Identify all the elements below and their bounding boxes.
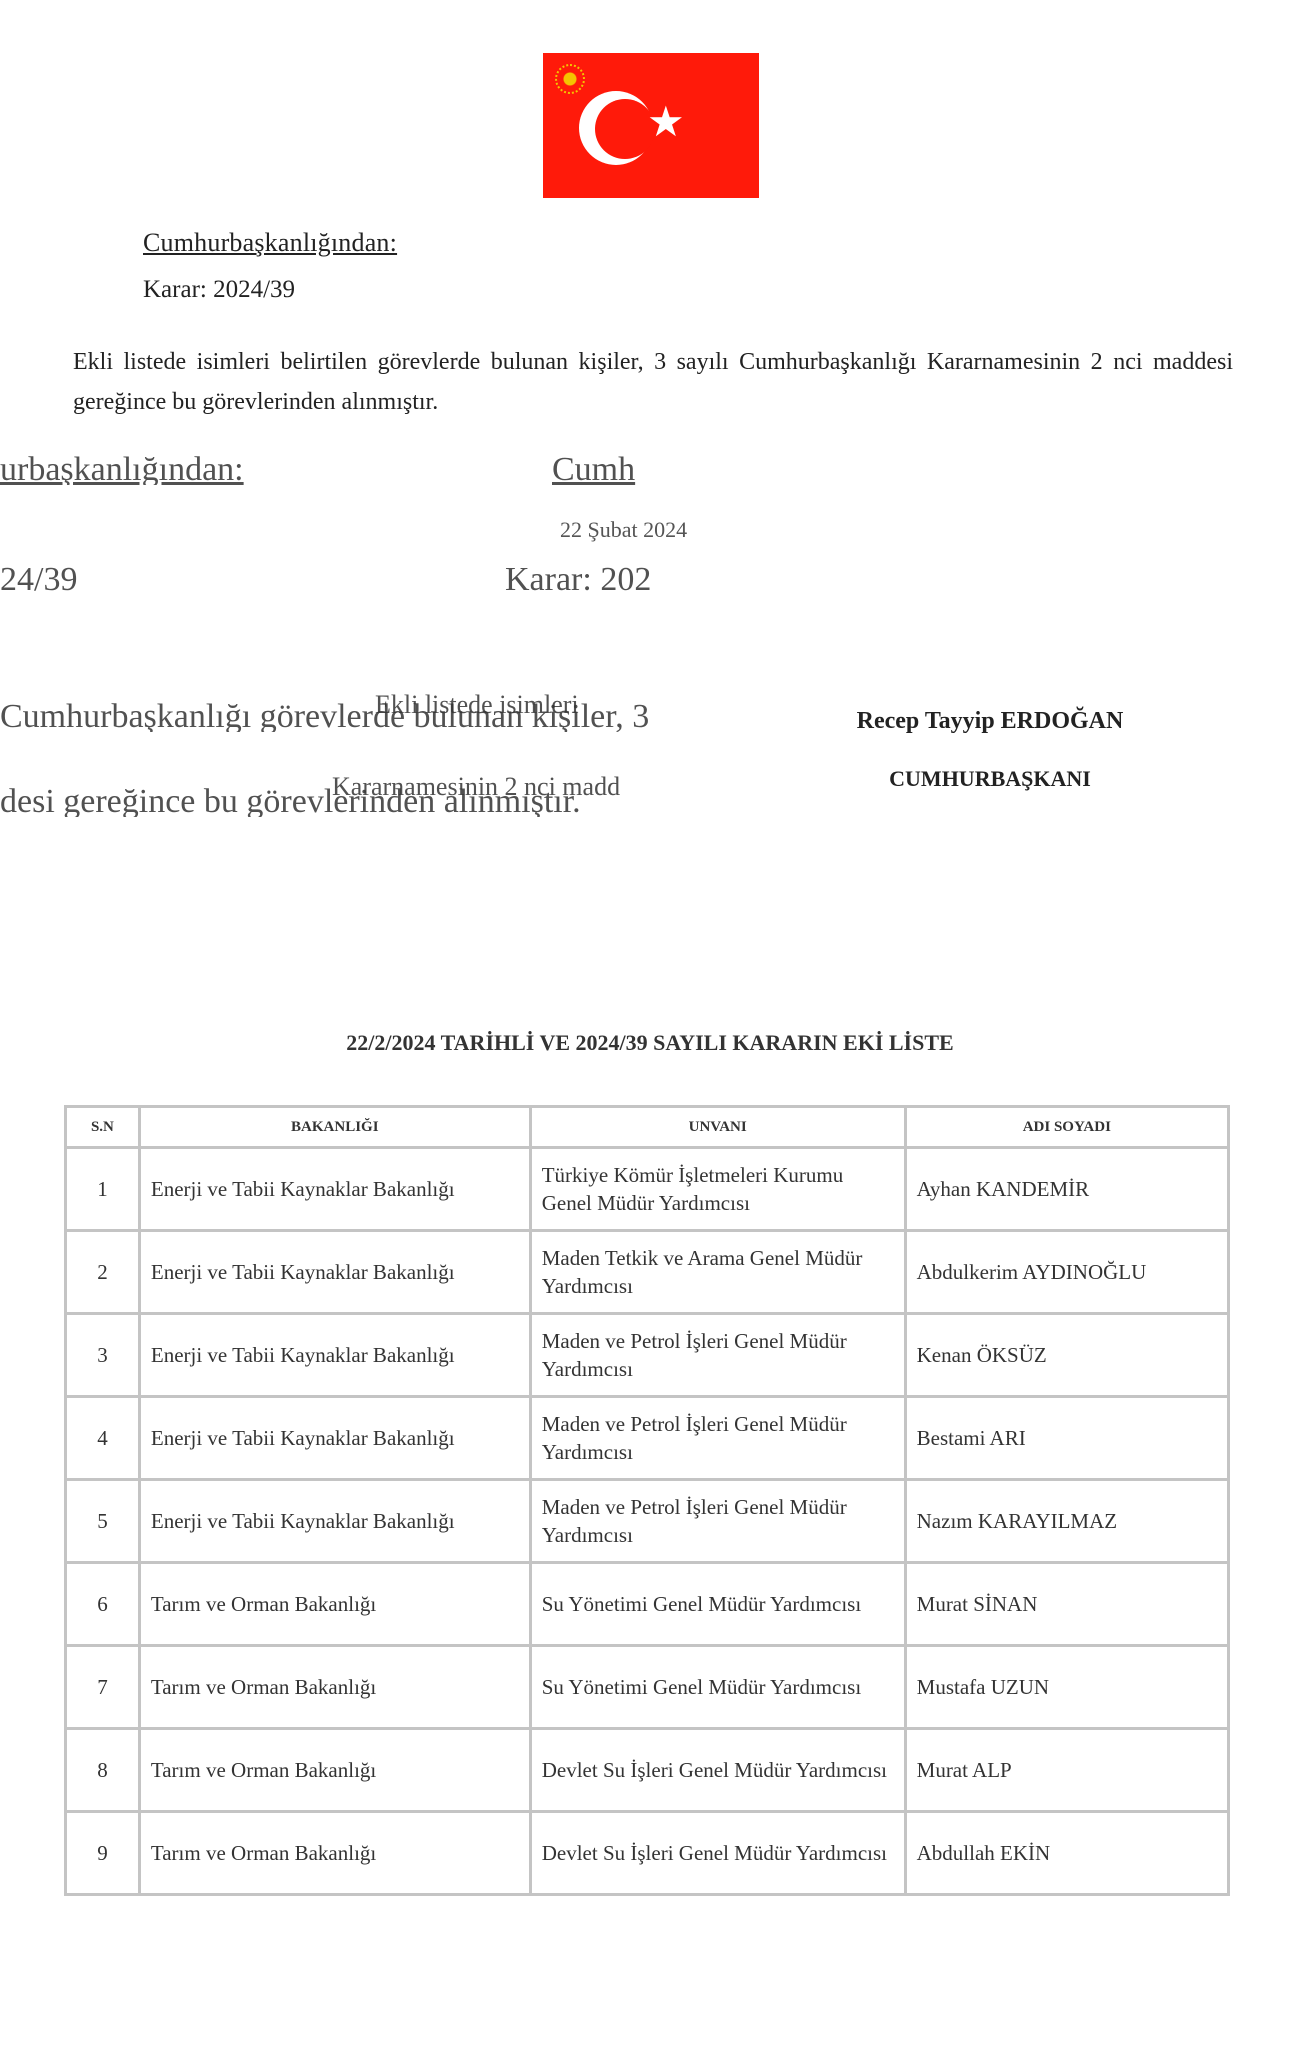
table-row: 7Tarım ve Orman BakanlığıSu Yönetimi Gen…	[66, 1646, 1229, 1729]
issuer-heading: Cumhurbaşkanlığından:	[143, 228, 397, 258]
turkish-presidential-flag-icon: ★	[543, 53, 759, 198]
cell-title: Su Yönetimi Genel Müdür Yardımcısı	[530, 1646, 905, 1729]
cell-ministry: Tarım ve Orman Bakanlığı	[139, 1646, 530, 1729]
cell-title: Maden ve Petrol İşleri Genel Müdür Yardı…	[530, 1314, 905, 1397]
cell-name: Ayhan KANDEMİR	[905, 1148, 1228, 1231]
signatory-title: CUMHURBAŞKANI	[780, 766, 1200, 792]
cell-ministry: Enerji ve Tabii Kaynaklar Bakanlığı	[139, 1314, 530, 1397]
cell-sn: 3	[66, 1314, 140, 1397]
cell-title: Türkiye Kömür İşletmeleri Kurumu Genel M…	[530, 1148, 905, 1231]
cell-ministry: Enerji ve Tabii Kaynaklar Bakanlığı	[139, 1231, 530, 1314]
table-row: 4Enerji ve Tabii Kaynaklar BakanlığıMade…	[66, 1397, 1229, 1480]
cell-sn: 4	[66, 1397, 140, 1480]
table-row: 8Tarım ve Orman BakanlığıDevlet Su İşler…	[66, 1729, 1229, 1812]
cell-name: Abdulkerim AYDINOĞLU	[905, 1231, 1228, 1314]
overlay-paragraph-line2-right: Kararnamesinin 2 nci madd	[332, 772, 655, 802]
cell-sn: 8	[66, 1729, 140, 1812]
overlay-number-left: 24/39	[0, 565, 80, 595]
cell-title: Devlet Su İşleri Genel Müdür Yardımcısı	[530, 1812, 905, 1895]
cell-name: Murat SİNAN	[905, 1563, 1228, 1646]
presidential-sun-icon	[555, 64, 585, 94]
cell-ministry: Enerji ve Tabii Kaynaklar Bakanlığı	[139, 1397, 530, 1480]
cell-name: Mustafa UZUN	[905, 1646, 1228, 1729]
cell-sn: 1	[66, 1148, 140, 1231]
column-header-sn: S.N	[66, 1107, 140, 1148]
cell-ministry: Enerji ve Tabii Kaynaklar Bakanlığı	[139, 1148, 530, 1231]
cell-title: Maden Tetkik ve Arama Genel Müdür Yardım…	[530, 1231, 905, 1314]
cell-ministry: Tarım ve Orman Bakanlığı	[139, 1812, 530, 1895]
table-row: 1Enerji ve Tabii Kaynaklar BakanlığıTürk…	[66, 1148, 1229, 1231]
decree-date: 22 Şubat 2024	[560, 517, 687, 543]
cell-sn: 7	[66, 1646, 140, 1729]
cell-ministry: Tarım ve Orman Bakanlığı	[139, 1729, 530, 1812]
cell-sn: 9	[66, 1812, 140, 1895]
cell-name: Murat ALP	[905, 1729, 1228, 1812]
cell-sn: 5	[66, 1480, 140, 1563]
cell-ministry: Tarım ve Orman Bakanlığı	[139, 1563, 530, 1646]
decree-paragraph: Ekli listede isimleri belirtilen görevle…	[73, 342, 1233, 422]
cell-sn: 6	[66, 1563, 140, 1646]
column-header-title: UNVANI	[530, 1107, 905, 1148]
column-header-name: ADI SOYADI	[905, 1107, 1228, 1148]
cell-name: Kenan ÖKSÜZ	[905, 1314, 1228, 1397]
overlay-issuer-right: Cumh	[552, 455, 654, 485]
table-row: 9Tarım ve Orman BakanlığıDevlet Su İşler…	[66, 1812, 1229, 1895]
overlay-number-right: Karar: 202	[505, 565, 655, 595]
cell-title: Maden ve Petrol İşleri Genel Müdür Yardı…	[530, 1480, 905, 1563]
table-header-row: S.N BAKANLIĞI UNVANI ADI SOYADI	[66, 1107, 1229, 1148]
signatory-name: Recep Tayyip ERDOĞAN	[780, 708, 1200, 735]
cell-name: Abdullah EKİN	[905, 1812, 1228, 1895]
overlay-paragraph-line1-right: Ekli listede isimleri	[375, 690, 655, 720]
table-row: 2Enerji ve Tabii Kaynaklar BakanlığıMade…	[66, 1231, 1229, 1314]
crescent-cutout	[595, 99, 655, 159]
star-icon: ★	[647, 101, 685, 143]
annex-table: S.N BAKANLIĞI UNVANI ADI SOYADI 1Enerji …	[64, 1105, 1230, 1896]
cell-name: Nazım KARAYILMAZ	[905, 1480, 1228, 1563]
overlay-issuer-left: urbaşkanlığından:	[0, 455, 250, 485]
annex-list-title: 22/2/2024 TARİHLİ VE 2024/39 SAYILI KARA…	[60, 1030, 1240, 1056]
table-row: 6Tarım ve Orman BakanlığıSu Yönetimi Gen…	[66, 1563, 1229, 1646]
cell-title: Devlet Su İşleri Genel Müdür Yardımcısı	[530, 1729, 905, 1812]
cell-title: Su Yönetimi Genel Müdür Yardımcısı	[530, 1563, 905, 1646]
cell-ministry: Enerji ve Tabii Kaynaklar Bakanlığı	[139, 1480, 530, 1563]
cell-sn: 2	[66, 1231, 140, 1314]
cell-name: Bestami ARI	[905, 1397, 1228, 1480]
column-header-ministry: BAKANLIĞI	[139, 1107, 530, 1148]
table-row: 3Enerji ve Tabii Kaynaklar BakanlığıMade…	[66, 1314, 1229, 1397]
table-row: 5Enerji ve Tabii Kaynaklar BakanlığıMade…	[66, 1480, 1229, 1563]
cell-title: Maden ve Petrol İşleri Genel Müdür Yardı…	[530, 1397, 905, 1480]
decision-number: Karar: 2024/39	[143, 276, 295, 304]
